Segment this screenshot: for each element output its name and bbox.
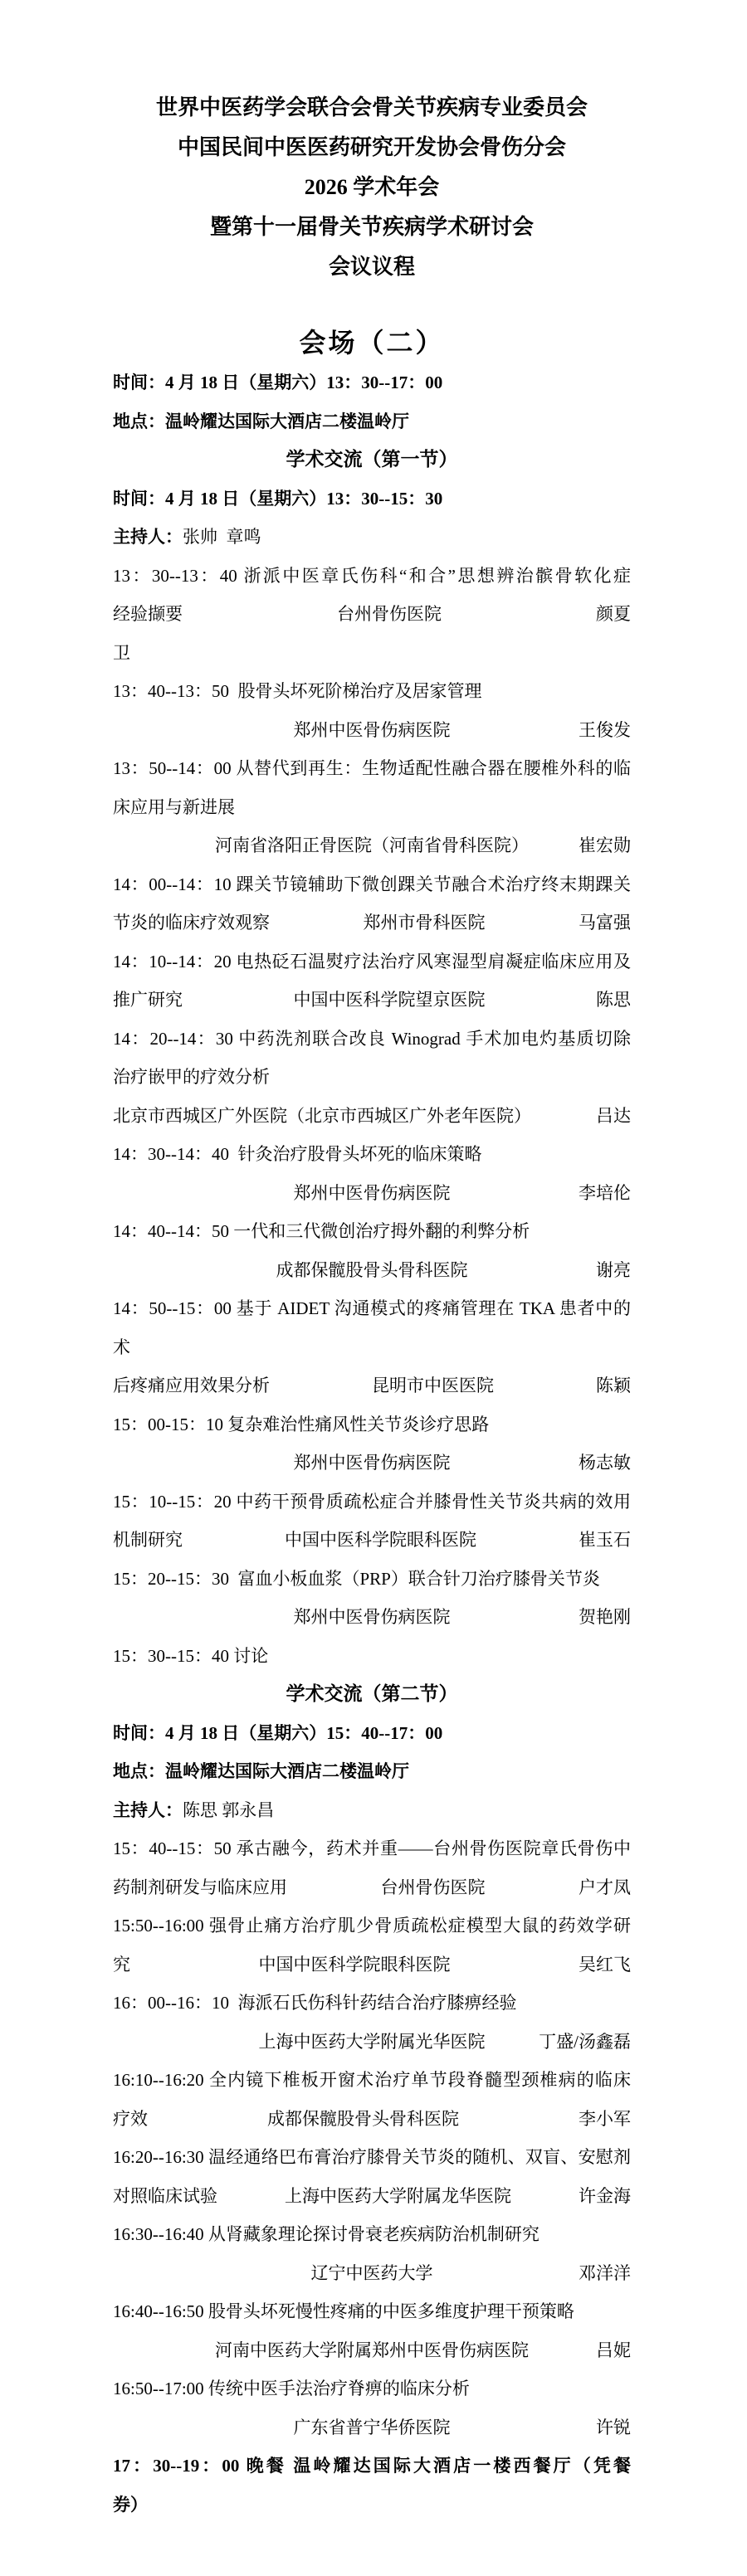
agenda-line: 推广研究中国中医科学院望京医院陈思: [113, 981, 631, 1020]
agenda-line: 经验撷要台州骨伤医院颜夏: [113, 595, 631, 634]
agenda-line-segment: 户才凤: [579, 1868, 631, 1907]
agenda-line: 河南省洛阳正骨医院（河南省骨科医院）崔宏勋: [113, 826, 631, 865]
agenda-line: 郑州中医骨伤病医院杨志敏: [113, 1444, 631, 1483]
document-header: 世界中医药学会联合会骨关节疾病专业委员会 中国民间中医医药研究开发协会骨伤分会 …: [113, 0, 631, 287]
agenda-line-segment: 地点：温岭耀达国际大酒店二楼温岭厅: [113, 1761, 409, 1781]
agenda-line: 上海中医药大学附属光华医院丁盛/汤鑫磊: [113, 2023, 631, 2062]
agenda-line-segment: 15：00-15：10 复杂难治性痛风性关节炎诊疗思路: [113, 1415, 489, 1434]
agenda-line: 14：40--14：50 一代和三代微创治疗拇外翻的利弊分析: [113, 1212, 631, 1251]
agenda-line: 地点：温岭耀达国际大酒店二楼温岭厅: [113, 1752, 631, 1791]
agenda-line-segment: 河南省洛阳正骨医院（河南省骨科医院）: [215, 826, 529, 865]
agenda-line-segment: 郑州中医骨伤病医院: [294, 711, 451, 750]
agenda-line-segment: 16:10--16:20 全内镜下椎板开窗术治疗单节段脊髓型颈椎病的临床: [113, 2070, 631, 2090]
agenda-line-segment: 14：10--14：20 电热砭石温熨疗法治疗风寒湿型肩凝症临床应用及: [113, 952, 631, 971]
agenda-line-segment: 对照临床试验: [113, 2177, 217, 2216]
agenda-line-segment: 李小军: [579, 2100, 631, 2139]
agenda-line-segment: 券）: [113, 2495, 148, 2515]
agenda-line: 郑州中医骨伤病医院王俊发: [113, 711, 631, 750]
host-line: 主持人：陈思 郭永昌: [113, 1791, 631, 1830]
agenda-line-segment: 节炎的临床疗效观察: [113, 903, 270, 942]
host-names: 陈思 郭永昌: [183, 1800, 274, 1820]
agenda-line: 16:40--16:50 股骨头坏死慢性疼痛的中医多维度护理干预策略: [113, 2292, 631, 2331]
agenda-line: 15：20--15：30 富血小板血浆（PRP）联合针刀治疗膝骨关节炎: [113, 1560, 631, 1599]
session-1-lines: 时间：4 月 18 日（星期六）13：30--15：30主持人：张帅 章鸣13：…: [113, 480, 631, 1676]
agenda-line: 究中国中医科学院眼科医院吴红飞: [113, 1945, 631, 1984]
agenda-line-segment: 马富强: [579, 903, 631, 942]
agenda-line-segment: 河南中医药大学附属郑州中医骨伤病医院: [215, 2331, 529, 2370]
agenda-line-segment: 16:20--16:30 温经通络巴布膏治疗膝骨关节炎的随机、双盲、安慰剂: [113, 2147, 631, 2167]
venue-location-line: 地点：温岭耀达国际大酒店二楼温岭厅: [113, 402, 631, 441]
session-1-heading: 学术交流（第一节）: [113, 441, 631, 480]
agenda-line: 机制研究中国中医科学院眼科医院崔玉石: [113, 1521, 631, 1560]
agenda-line-segment: 台州骨伤医院: [381, 1868, 486, 1907]
agenda-line-segment: 广东省普宁华侨医院: [294, 2408, 451, 2447]
host-label: 主持人：: [113, 527, 183, 547]
agenda-line-segment: 中国中医科学院望京医院: [294, 981, 486, 1020]
agenda-line: 13：30--13：40 浙派中医章氏伤科“和合”思想辨治髌骨软化症: [113, 557, 631, 596]
agenda-line: 郑州中医骨伤病医院李培伦: [113, 1174, 631, 1213]
agenda-line-segment: 谢亮: [468, 1251, 632, 1290]
agenda-line-segment: 13：30--13：40 浙派中医章氏伤科“和合”思想辨治髌骨软化症: [113, 566, 631, 586]
document-title-line: 会议议程: [113, 247, 631, 287]
agenda-line-segment: 16:40--16:50 股骨头坏死慢性疼痛的中医多维度护理干预策略: [113, 2301, 574, 2321]
agenda-line-segment: 15：20--15：30 富血小板血浆（PRP）联合针刀治疗膝骨关节炎: [113, 1569, 600, 1589]
agenda-line: 16:30--16:40 从肾藏象理论探讨骨衰老疾病防治机制研究: [113, 2215, 631, 2254]
agenda-line-segment: 郑州市骨科医院: [364, 903, 486, 942]
agenda-line-segment: 吕妮: [529, 2331, 631, 2370]
document-title-line: 中国民间中医医药研究开发协会骨伤分会: [113, 128, 631, 168]
agenda-line-segment: 许金海: [579, 2177, 631, 2216]
agenda-document: 世界中医药学会联合会骨关节疾病专业委员会 中国民间中医医药研究开发协会骨伤分会 …: [113, 0, 631, 2524]
location-label: 地点：: [113, 411, 165, 431]
agenda-line-segment: 中国中医科学院眼科医院: [259, 1945, 451, 1984]
agenda-line: 17：30--19：00 晚餐 温岭耀达国际大酒店一楼西餐厅（凭餐: [113, 2447, 631, 2486]
location-value: 温岭耀达国际大酒店二楼温岭厅: [165, 411, 409, 431]
session-2-heading: 学术交流（第二节）: [113, 1675, 631, 1714]
agenda-line-segment: 北京市西城区广外医院（北京市西城区广外老年医院）: [113, 1097, 531, 1136]
agenda-line-segment: 成都保髋股骨头骨科医院: [267, 2100, 459, 2139]
agenda-line: 13：40--13：50 股骨头坏死阶梯治疗及居家管理: [113, 672, 631, 711]
agenda-line-segment: 治疗嵌甲的疗效分析: [113, 1067, 270, 1087]
agenda-line-segment: 16:50--17:00 传统中医手法治疗脊痹的临床分析: [113, 2379, 470, 2398]
agenda-line: 床应用与新进展: [113, 788, 631, 827]
agenda-line-segment: 陈颖: [596, 1366, 631, 1405]
agenda-line-segment: 15:50--16:00 强骨止痛方治疗肌少骨质疏松症模型大鼠的药效学研: [113, 1916, 631, 1936]
agenda-line: 14：20--14：30 中药洗剂联合改良 Winograd 手术加电灼基质切除: [113, 1020, 631, 1059]
agenda-line-segment: 崔宏勋: [529, 826, 631, 865]
agenda-line-segment: 14：20--14：30 中药洗剂联合改良 Winograd 手术加电灼基质切除: [113, 1029, 631, 1049]
time-label: 时间：: [113, 373, 165, 392]
agenda-line-segment: 郑州中医骨伤病医院: [294, 1174, 451, 1213]
agenda-line: 治疗嵌甲的疗效分析: [113, 1058, 631, 1097]
host-label: 主持人：: [113, 1800, 183, 1820]
agenda-line-segment: 吕达: [596, 1097, 631, 1136]
agenda-line-segment: 昆明市中医医院: [372, 1366, 494, 1405]
agenda-line: 北京市西城区广外医院（北京市西城区广外老年医院）吕达: [113, 1097, 631, 1136]
agenda-line-segment: 崔玉石: [579, 1521, 631, 1560]
footer-lines: 17：30--19：00 晚餐 温岭耀达国际大酒店一楼西餐厅（凭餐券）: [113, 2447, 631, 2524]
agenda-line-segment: 郑州中医骨伤病医院: [294, 1444, 451, 1483]
agenda-line-segment: 台州骨伤医院: [337, 595, 442, 634]
venue-time-line: 时间：4 月 18 日（星期六）13：30--17：00: [113, 363, 631, 402]
document-title-line: 2026 学术年会: [113, 168, 631, 207]
agenda-line: 15：00-15：10 复杂难治性痛风性关节炎诊疗思路: [113, 1405, 631, 1444]
agenda-line-segment: 吴红飞: [579, 1945, 631, 1984]
agenda-line: 16:10--16:20 全内镜下椎板开窗术治疗单节段脊髓型颈椎病的临床: [113, 2061, 631, 2100]
agenda-line-segment: 时间：4 月 18 日（星期六）15：40--17：00: [113, 1723, 442, 1743]
agenda-line-segment: 机制研究: [113, 1521, 183, 1560]
agenda-line: 15：40--15：50 承古融今，药术并重——台州骨伤医院章氏骨伤中: [113, 1829, 631, 1868]
agenda-line-segment: 疗效: [113, 2100, 148, 2139]
agenda-line-segment: 贺艳刚: [451, 1598, 632, 1637]
agenda-line: 成都保髋股骨头骨科医院谢亮: [113, 1251, 631, 1290]
agenda-line: 广东省普宁华侨医院许锐: [113, 2408, 631, 2447]
agenda-line: 15：10--15：20 中药干预骨质疏松症合并膝骨性关节炎共病的效用: [113, 1483, 631, 1522]
agenda-line-segment: 后疼痛应用效果分析: [113, 1366, 270, 1405]
host-line: 主持人：张帅 章鸣: [113, 518, 631, 557]
host-names: 张帅 章鸣: [183, 527, 261, 547]
document-title-line: 世界中医药学会联合会骨关节疾病专业委员会: [113, 88, 631, 128]
agenda-line-segment: 邓洋洋: [433, 2254, 632, 2293]
agenda-line: 节炎的临床疗效观察郑州市骨科医院马富强: [113, 903, 631, 942]
agenda-line: 郑州中医骨伤病医院贺艳刚: [113, 1598, 631, 1637]
agenda-line-segment: 推广研究: [113, 981, 183, 1020]
agenda-line-segment: 药制剂研发与临床应用: [113, 1868, 287, 1907]
agenda-line: 药制剂研发与临床应用台州骨伤医院户才凤: [113, 1868, 631, 1907]
agenda-line: 14：50--15：00 基于 AIDET 沟通模式的疼痛管理在 TKA 患者中…: [113, 1289, 631, 1366]
venue-heading: 会场（二）: [113, 322, 631, 363]
agenda-line-segment: 15：40--15：50 承古融今，药术并重——台州骨伤医院章氏骨伤中: [113, 1838, 631, 1858]
agenda-line-segment: 王俊发: [451, 711, 632, 750]
agenda-line: 15：30--15：40 讨论: [113, 1637, 631, 1676]
agenda-line: 卫: [113, 634, 631, 673]
agenda-line-segment: 许锐: [451, 2408, 632, 2447]
agenda-line: 券）: [113, 2486, 631, 2525]
agenda-line-segment: 辽宁中医药大学: [311, 2254, 433, 2293]
agenda-line: 河南中医药大学附属郑州中医骨伤病医院吕妮: [113, 2331, 631, 2370]
agenda-line-segment: 李培伦: [451, 1174, 632, 1213]
agenda-line: 14：10--14：20 电热砭石温熨疗法治疗风寒湿型肩凝症临床应用及: [113, 942, 631, 981]
agenda-line: 14：30--14：40 针灸治疗股骨头坏死的临床策略: [113, 1135, 631, 1174]
agenda-line: 13：50--14：00 从替代到再生：生物适配性融合器在腰椎外科的临: [113, 749, 631, 788]
agenda-line-segment: 颜夏: [596, 595, 631, 634]
agenda-line-segment: 16：00--16：10 海派石氏伤科针药结合治疗膝痹经验: [113, 1993, 517, 2013]
agenda-line-segment: 究: [113, 1945, 130, 1984]
agenda-line-segment: 16:30--16:40 从肾藏象理论探讨骨衰老疾病防治机制研究: [113, 2224, 539, 2244]
agenda-line-segment: 上海中医药大学附属光华医院: [259, 2023, 486, 2062]
agenda-line-segment: 成都保髋股骨头骨科医院: [276, 1251, 468, 1290]
time-value: 4 月 18 日（星期六）13：30--17：00: [165, 373, 442, 392]
agenda-line-segment: 杨志敏: [451, 1444, 632, 1483]
agenda-line: 辽宁中医药大学邓洋洋: [113, 2254, 631, 2293]
agenda-line-segment: 郑州中医骨伤病医院: [294, 1598, 451, 1637]
agenda-line-segment: 17：30--19：00 晚餐 温岭耀达国际大酒店一楼西餐厅（凭餐: [113, 2456, 631, 2476]
agenda-line: 16:20--16:30 温经通络巴布膏治疗膝骨关节炎的随机、双盲、安慰剂: [113, 2138, 631, 2177]
agenda-line-segment: 15：10--15：20 中药干预骨质疏松症合并膝骨性关节炎共病的效用: [113, 1492, 631, 1512]
agenda-line-segment: 上海中医药大学附属龙华医院: [285, 2177, 511, 2216]
agenda-line: 15:50--16:00 强骨止痛方治疗肌少骨质疏松症模型大鼠的药效学研: [113, 1906, 631, 1945]
agenda-line: 14：00--14：10 踝关节镜辅助下微创踝关节融合术治疗终末期踝关: [113, 865, 631, 904]
agenda-line-segment: 14：00--14：10 踝关节镜辅助下微创踝关节融合术治疗终末期踝关: [113, 874, 631, 894]
session-2-lines: 时间：4 月 18 日（星期六）15：40--17：00地点：温岭耀达国际大酒店…: [113, 1714, 631, 2447]
agenda-line-segment: 14：50--15：00 基于 AIDET 沟通模式的疼痛管理在 TKA 患者中…: [113, 1298, 631, 1357]
agenda-line: 对照临床试验上海中医药大学附属龙华医院许金海: [113, 2177, 631, 2216]
agenda-line: 疗效成都保髋股骨头骨科医院李小军: [113, 2100, 631, 2139]
agenda-line-segment: 14：30--14：40 针灸治疗股骨头坏死的临床策略: [113, 1144, 482, 1164]
agenda-line-segment: 中国中医科学院眼科医院: [285, 1521, 476, 1560]
agenda-line-segment: 13：40--13：50 股骨头坏死阶梯治疗及居家管理: [113, 681, 482, 701]
agenda-line-segment: 床应用与新进展: [113, 797, 235, 817]
agenda-line-segment: 丁盛/汤鑫磊: [486, 2023, 632, 2062]
agenda-line: 16:50--17:00 传统中医手法治疗脊痹的临床分析: [113, 2369, 631, 2408]
agenda-line-segment: 陈思: [596, 981, 631, 1020]
agenda-line-segment: 15：30--15：40 讨论: [113, 1646, 268, 1666]
document-title-line: 暨第十一届骨关节疾病学术研讨会: [113, 207, 631, 247]
agenda-line-segment: 13：50--14：00 从替代到再生：生物适配性融合器在腰椎外科的临: [113, 758, 631, 778]
agenda-line-segment: 时间：4 月 18 日（星期六）13：30--15：30: [113, 489, 442, 509]
agenda-line-segment: 卫: [113, 643, 130, 663]
agenda-line: 16：00--16：10 海派石氏伤科针药结合治疗膝痹经验: [113, 1984, 631, 2023]
agenda-line: 时间：4 月 18 日（星期六）15：40--17：00: [113, 1714, 631, 1753]
agenda-line-segment: 经验撷要: [113, 595, 183, 634]
agenda-line-segment: 14：40--14：50 一代和三代微创治疗拇外翻的利弊分析: [113, 1221, 530, 1241]
agenda-line: 后疼痛应用效果分析昆明市中医医院陈颖: [113, 1366, 631, 1405]
agenda-line: 时间：4 月 18 日（星期六）13：30--15：30: [113, 480, 631, 519]
